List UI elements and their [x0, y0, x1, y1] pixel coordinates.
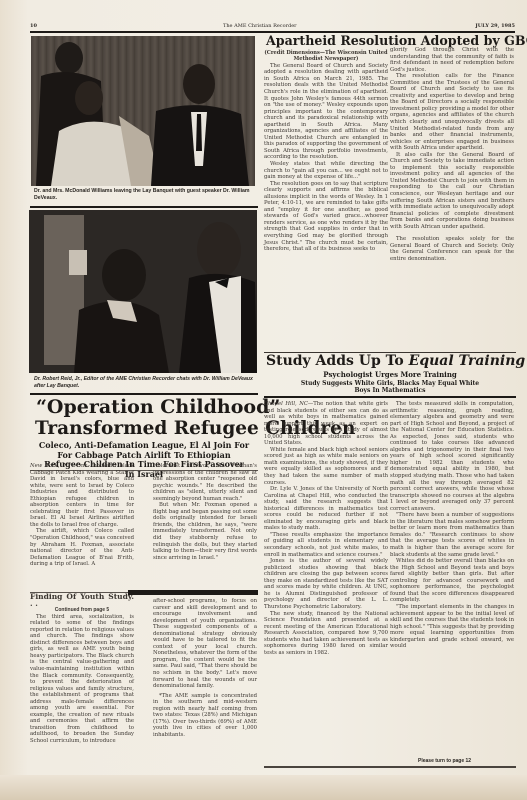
study-headline: Study Adds Up To Equal Training: [266, 353, 525, 369]
photo-caption-2: Dr. Robert Reid, Jr., Editor of the AME …: [34, 376, 256, 390]
study-column-1: Chapel Hill, NC—The notion that white gi…: [264, 401, 388, 656]
youth-study-headline: Finding Of Youth Study. . .: [30, 594, 134, 607]
study-column-2: The tests measured skills in computation…: [390, 401, 514, 650]
divider: [264, 396, 516, 398]
apartheid-column-2: glorify God through Christ with the unde…: [390, 47, 514, 263]
publication-title: The AME Christian Recorder: [223, 23, 297, 29]
credit-line: (Credit Dimensions—The Wisconsin United …: [264, 50, 388, 63]
study-subhead-1: Psychologist Urges More Training: [300, 371, 480, 379]
photo-figures: [31, 36, 255, 186]
issue-date: JULY 29, 1985: [475, 23, 515, 29]
study-subhead-2: Study Suggests White Girls, Blacks May E…: [300, 380, 480, 394]
photo-williams-devaux: [31, 36, 255, 186]
masthead: 10 The AME Christian Recorder JULY 29, 1…: [30, 21, 515, 31]
photo-figures: [29, 210, 257, 373]
divider: [30, 393, 258, 395]
youth-study-column-2: after-school programs, to focus on caree…: [153, 598, 257, 738]
youth-study-column-1: Finding Of Youth Study. . . Continued fr…: [30, 594, 134, 745]
apartheid-headline: Apartheid Resolution Adopted by GBC&S: [266, 33, 527, 48]
black-bar: [128, 590, 258, 595]
photo-reid-devaux: [29, 210, 257, 373]
bottom-rule: [264, 766, 516, 768]
newspaper-page: 10 The AME Christian Recorder JULY 29, 1…: [0, 0, 527, 800]
childhood-column-1: New York, NY—One thousand black Cabbage …: [30, 463, 134, 568]
childhood-column-2: Holocaust survivor, Mr. Foxman's impress…: [153, 463, 257, 561]
childhood-headline-line1: “Operation Childhood”: [36, 396, 280, 418]
page-edge: [0, 775, 527, 800]
photo-caption-1: Dr. and Mrs. McDonald Williams leaving t…: [34, 188, 254, 202]
jump-line: Please turn to page 12: [418, 758, 471, 764]
dateline: New York, NY: [30, 463, 71, 469]
apartheid-column-1: (Credit Dimensions—The Wisconsin United …: [264, 50, 388, 253]
page-number: 10: [30, 23, 37, 29]
divider: [30, 206, 258, 208]
dateline: Chapel Hill, NC: [264, 401, 308, 407]
